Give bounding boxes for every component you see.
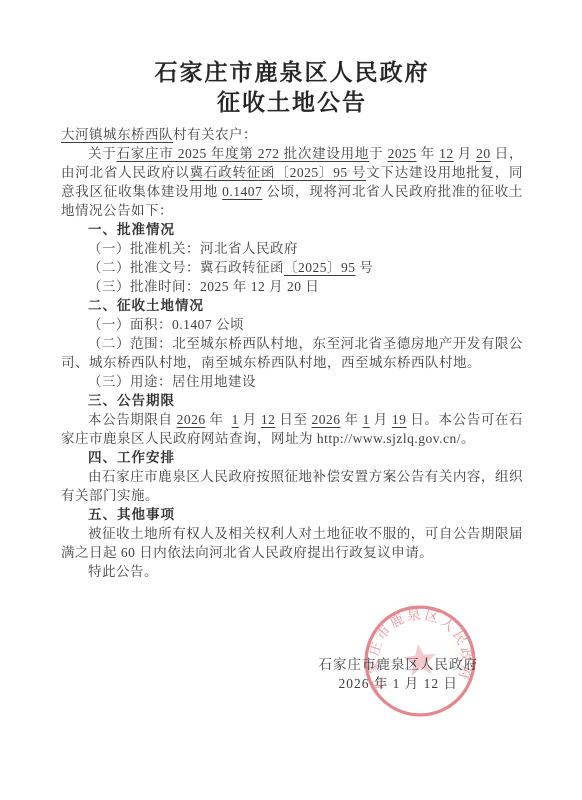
text-run: 被征收土地所有权人及相关权利人对土地征收不服的，可自公告期限届满之日起 60 日… <box>61 526 523 560</box>
section-1-item-1: （一）批准机关：河北省人民政府 <box>61 239 523 258</box>
underlined-value: 20 <box>476 146 491 161</box>
title-line-1: 石家庄市鹿泉区人民政府 <box>61 58 523 88</box>
section-3-heading: 三、公告期限 <box>61 391 523 410</box>
text-run: 于 <box>369 146 387 161</box>
underlined-value: 12 <box>439 146 454 161</box>
underlined-value: 石家庄市 2025 年度第 272 批次建设用地 <box>117 146 370 161</box>
underlined-value: 〔2025〕95 <box>284 260 356 275</box>
section-1-item-2: （二）批准文号：冀石政转征函〔2025〕95 号 <box>61 258 523 277</box>
document-title: 石家庄市鹿泉区人民政府 征收土地公告 <box>61 58 523 118</box>
underlined-value: 2026 <box>177 412 206 427</box>
text-run: 关于 <box>88 146 117 161</box>
text-run: 月 <box>370 412 392 427</box>
announcement-page: 石家庄市鹿泉区人民政府 征收土地公告 大河镇城东桥西队村有关农户： 关于石家庄市… <box>0 0 582 800</box>
text-run: （一）批准机关：河北省人民政府 <box>88 241 298 256</box>
text-run: （二）批准文号：冀石政转征函 <box>88 260 284 275</box>
official-seal: 石家庄市鹿泉区人民政府 <box>355 596 485 726</box>
text-run: （一）面积：0.1407 公顷 <box>88 317 244 332</box>
underlined-value: 冀石政转征函〔2025〕95 号 <box>190 165 367 180</box>
section-4-paragraph: 由石家庄市鹿泉区人民政府按照征地补偿安置方案公告有关内容，组织有关部门实施。 <box>61 467 523 505</box>
text-run: 年 <box>206 412 232 427</box>
section-2-item-1: （一）面积：0.1407 公顷 <box>61 315 523 334</box>
text-run: 村有关农户： <box>173 127 257 142</box>
text-run: 年 <box>341 412 363 427</box>
underlined-value: 2026 <box>312 412 341 427</box>
text-run: 年 <box>417 146 440 161</box>
section-4-heading: 四、工作安排 <box>61 448 523 467</box>
document-content: 石家庄市鹿泉区人民政府 征收土地公告 大河镇城东桥西队村有关农户： 关于石家庄市… <box>61 58 523 581</box>
salutation-line: 大河镇城东桥西队村有关农户： <box>61 125 523 144</box>
underlined-value: 0.1407 <box>222 184 262 199</box>
text-run: 月 <box>239 412 261 427</box>
section-5-heading: 五、其他事项 <box>61 505 523 524</box>
underlined-value: 12 <box>261 412 276 427</box>
closing-line: 特此公告。 <box>61 562 523 581</box>
underlined-value: 19 <box>392 412 407 427</box>
text-run: 月 <box>454 146 477 161</box>
underlined-value: 1 <box>232 412 239 427</box>
section-3-paragraph: 本公告期限自 2026 年 1 月 12 日至 2026 年 1 月 19 日。… <box>61 410 523 448</box>
section-1-heading: 一、批准情况 <box>61 220 523 239</box>
seal-star-icon <box>402 642 438 677</box>
section-2-item-2: （二）范围：北至城东桥西队村地，东至河北省圣德房地产开发有限公司、城东桥西队村地… <box>61 334 523 372</box>
text-run: （三）批准时间：2025 年 12 月 20 日 <box>88 279 319 294</box>
section-1-item-3: （三）批准时间：2025 年 12 月 20 日 <box>61 277 523 296</box>
underlined-value: 1 <box>363 412 370 427</box>
text-run: （三）用途：居住用地建设 <box>88 374 256 389</box>
underlined-value: 大河镇城东桥西队 <box>61 127 173 142</box>
text-run: 号 <box>356 260 374 275</box>
underlined-value: 2025 <box>388 146 417 161</box>
text-run: （二）范围：北至城东桥西队村地，东至河北省圣德房地产开发有限公司、城东桥西队村地… <box>61 336 523 370</box>
text-run: 日至 <box>275 412 311 427</box>
section-5-paragraph: 被征收土地所有权人及相关权利人对土地征收不服的，可自公告期限届满之日起 60 日… <box>61 524 523 562</box>
section-2-item-3: （三）用途：居住用地建设 <box>61 372 523 391</box>
title-line-2: 征收土地公告 <box>61 88 523 118</box>
intro-paragraph: 关于石家庄市 2025 年度第 272 批次建设用地于 2025 年 12 月 … <box>61 144 523 220</box>
section-2-heading: 二、征收土地情况 <box>61 296 523 315</box>
document-body: 大河镇城东桥西队村有关农户： 关于石家庄市 2025 年度第 272 批次建设用… <box>61 125 523 581</box>
text-run: 本公告期限自 <box>88 412 177 427</box>
text-run: 由石家庄市鹿泉区人民政府按照征地补偿安置方案公告有关内容，组织有关部门实施。 <box>61 469 523 503</box>
